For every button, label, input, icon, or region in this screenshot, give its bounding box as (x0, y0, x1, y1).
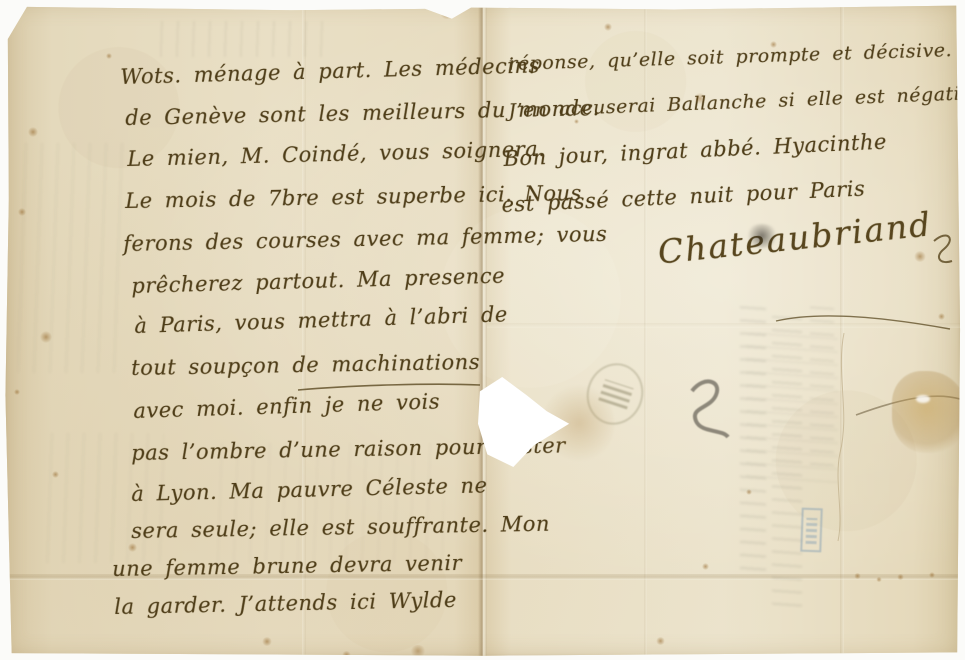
letter-sheet: Wots. ménage à part. Les médecins de Gen… (4, 3, 961, 657)
foxing-spot (897, 574, 904, 580)
foxing-spot (746, 489, 752, 495)
foxing-spot (702, 563, 709, 570)
manuscript-line: à Paris, vous mettra à l’abri de (134, 302, 508, 338)
foxing-spot (876, 577, 882, 582)
foxing-spot (106, 53, 112, 59)
bleedthrough-stamp-patch (746, 333, 838, 483)
manuscript-line: tout soupçon de machinations (131, 350, 480, 380)
foxing-spot (914, 251, 926, 262)
foxing-spot (52, 471, 59, 478)
signature: Chateaubriand (656, 204, 934, 272)
foxing-spot (28, 127, 38, 137)
bleedthrough-left-margin (18, 143, 128, 373)
foxing-spot (14, 389, 20, 395)
manuscript-line: J’en accuserai Ballanche si elle est nég… (508, 82, 965, 122)
bleedthrough-scribble (692, 381, 728, 437)
manuscript-line: une femme brune devra venir (112, 551, 462, 581)
manuscript-line: sera seule; elle est souffrante. Mon (131, 512, 550, 543)
foxing-spot (938, 313, 945, 320)
ink-smudge (745, 224, 779, 248)
foxing-spot (440, 7, 454, 19)
foxing-spot (18, 208, 26, 216)
foxing-spot (262, 637, 272, 646)
manuscript-line: Wots. ménage à part. Les médecins (120, 53, 540, 89)
manuscript-line: réponse, qu’elle soit prompte et décisiv… (508, 39, 952, 75)
signature-flourish-line (776, 316, 950, 329)
right-mid-crease (487, 323, 965, 328)
wax-seal-stain (892, 371, 965, 453)
foxing-spot (604, 23, 612, 31)
foxing-spot (410, 645, 426, 657)
manuscript-line: avec moi. enfin je ne vois (133, 389, 440, 423)
foxing-spot (40, 331, 52, 343)
foxing-spot (929, 572, 935, 578)
seal-glint (916, 395, 930, 403)
foxing-spot (128, 543, 137, 552)
bleedthrough-address-col-3 (810, 303, 834, 473)
crinkle-line (838, 333, 844, 541)
foxing-spot (854, 573, 861, 579)
manuscript-line: à Lyon. Ma pauvre Céleste ne (131, 473, 488, 506)
foxing-spot (656, 637, 665, 645)
blue-stamp-ghost-marks (806, 518, 818, 544)
manuscript-line: ferons des courses avec ma femme; vous (123, 222, 608, 256)
manuscript-line: Le mien, M. Coindé, vous soignera. (127, 137, 546, 171)
scanned-letter-scene: Wots. ménage à part. Les médecins de Gen… (0, 0, 965, 660)
foxing-spot (342, 651, 351, 659)
bleedthrough-top-left (154, 21, 324, 57)
machinations-underline (298, 384, 480, 390)
bleedthrough-address-col-2 (772, 313, 802, 613)
blue-stamp-ghost (800, 508, 823, 553)
manuscript-line: prêcherez partout. Ma presence (131, 264, 505, 298)
bleedthrough-address-col-1 (740, 303, 766, 573)
signature-flourish-loop (934, 236, 952, 263)
manuscript-line: la garder. J’attends ici Wylde (114, 588, 457, 619)
manuscript-line: Bon jour, ingrat abbé. Hyacinthe (503, 130, 887, 171)
